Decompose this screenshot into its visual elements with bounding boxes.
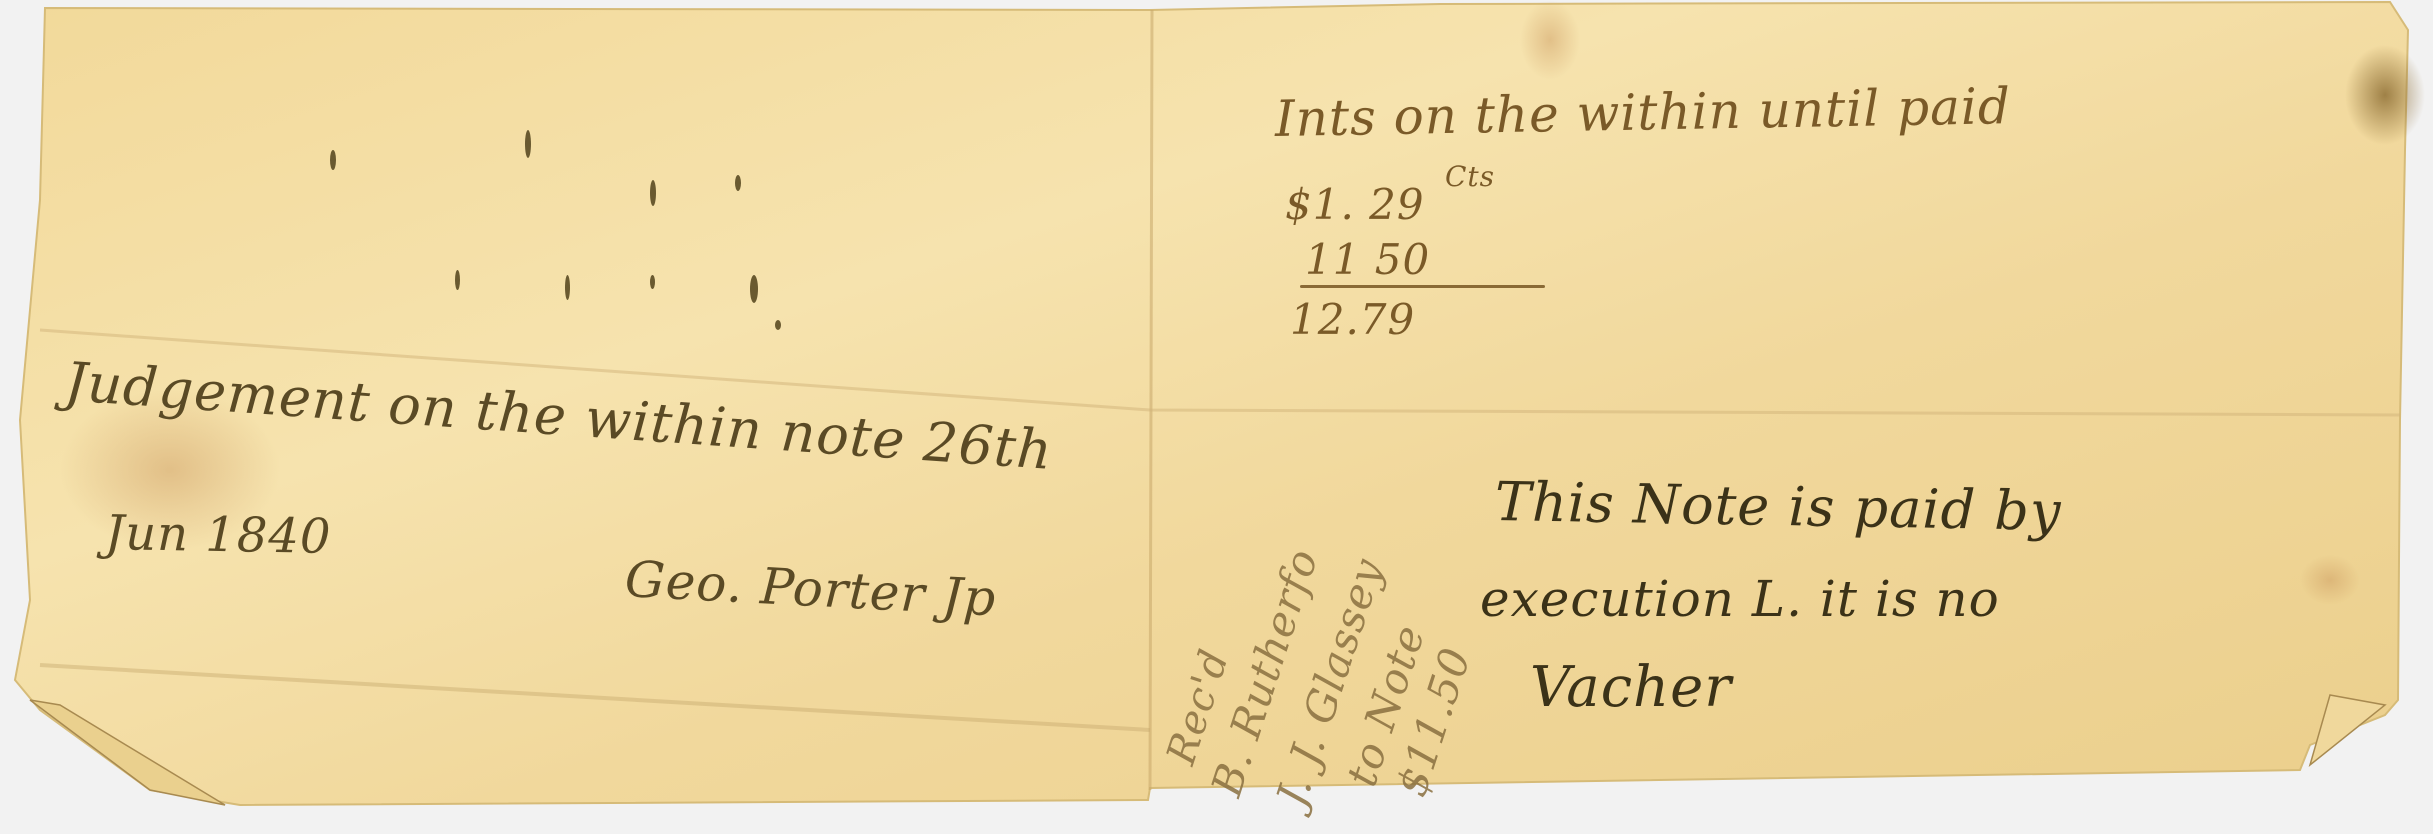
ink-bleed-mark (750, 275, 758, 303)
ink-bleed-mark (650, 180, 656, 206)
ink-bleed-mark (735, 175, 741, 191)
sum-divider (1300, 285, 1545, 288)
constable-signature: Vacher (1530, 655, 1732, 720)
document-scan: Judgement on the within note 26th Jun 18… (0, 0, 2433, 834)
cents-label: Cts (1445, 160, 1495, 193)
ink-bleed-mark (330, 150, 336, 170)
sum-row-2: 11 50 (1305, 235, 1430, 284)
judgement-date-line: Jun 1840 (105, 505, 332, 565)
ink-bleed-mark (775, 320, 781, 330)
ink-bleed-mark (650, 275, 655, 289)
ink-bleed-mark (455, 270, 460, 290)
paid-statement-line1: This Note is paid by (1494, 470, 2062, 543)
paid-statement-line2: execution L. it is no (1480, 570, 2000, 628)
sum-row-1: $1. 29 (1285, 180, 1425, 229)
ink-bleed-mark (525, 130, 531, 158)
ink-bleed-mark (565, 275, 570, 300)
sum-total: 12.79 (1290, 295, 1415, 344)
